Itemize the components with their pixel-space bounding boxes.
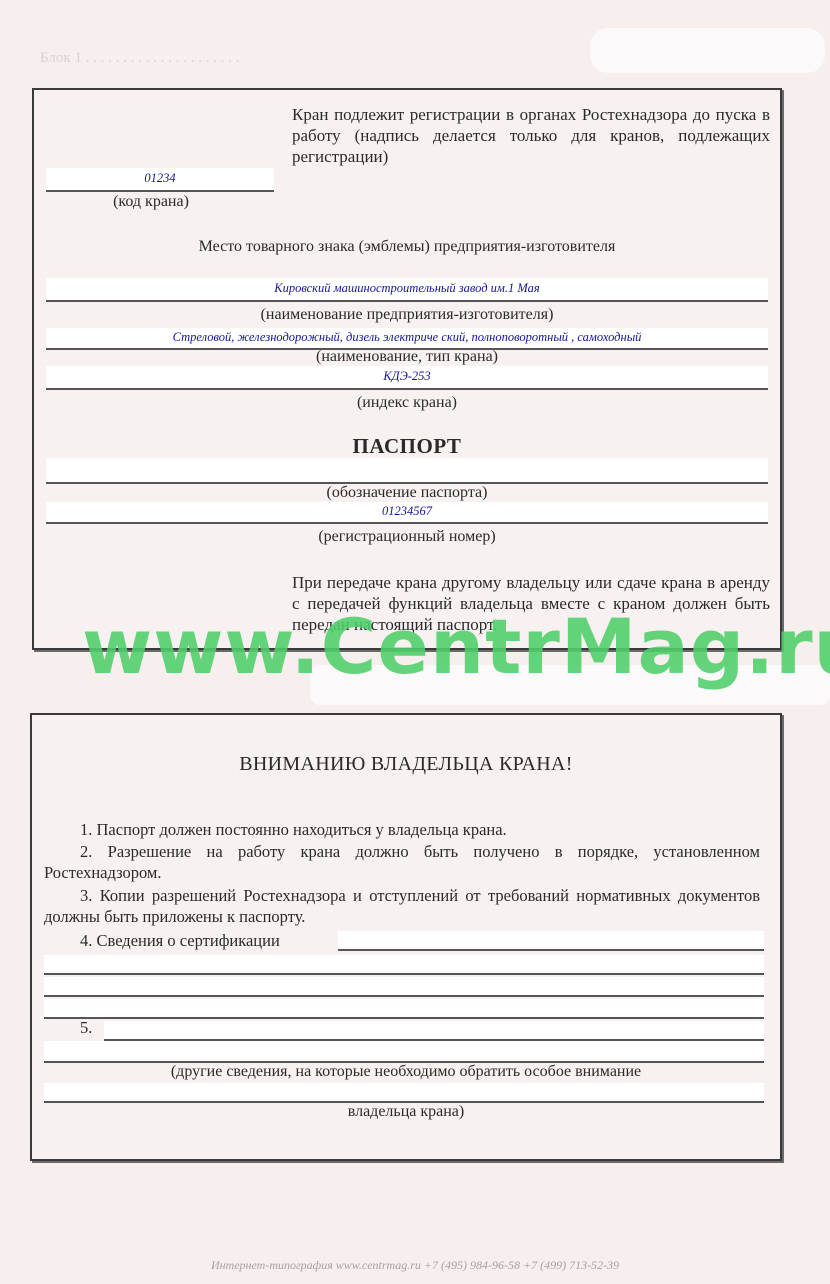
bleed-through-text: Блок 1 . . . . . . . . . . . . . . . . .…	[40, 50, 239, 67]
footer-contacts: Интернет-типография www.centrmag.ru +7 (…	[0, 1258, 830, 1273]
other-info-caption-2: владельца крана)	[32, 1103, 780, 1121]
passport-designation-caption: (обозначение паспорта)	[34, 484, 780, 502]
certification-line-2[interactable]	[44, 955, 764, 975]
trademark-place: Место товарного знака (эмблемы) предприя…	[34, 236, 780, 257]
certification-line-4[interactable]	[44, 999, 764, 1019]
attention-item-5-label: 5.	[80, 1017, 92, 1038]
certification-field[interactable]	[338, 931, 764, 951]
crane-index-value: КДЭ-253	[46, 369, 768, 384]
passport-title: ПАСПОРТ	[34, 434, 780, 459]
crane-index-caption: (индекс крана)	[34, 394, 780, 412]
blank-patch	[590, 28, 825, 73]
registration-number-value: 01234567	[46, 504, 768, 519]
manufacturer-value: Кировский машиностроительный завод им.1 …	[46, 281, 768, 296]
registration-number-field[interactable]: 01234567	[46, 502, 768, 524]
crane-code-value: 01234	[46, 171, 274, 186]
registration-note: Кран подлежит регистрации в органах Рост…	[292, 104, 770, 167]
owner-attention-frame: ВНИМАНИЮ ВЛАДЕЛЬЦА КРАНА! 1. Паспорт дол…	[30, 713, 782, 1161]
watermark: www.CentrMag.ru	[82, 602, 830, 691]
other-info-field[interactable]	[104, 1021, 764, 1041]
other-info-line-2[interactable]	[44, 1041, 764, 1063]
crane-code-field[interactable]: 01234	[46, 168, 274, 192]
attention-item-3: 3. Копии разрешений Ростехнадзора и отст…	[44, 885, 760, 927]
attention-title: ВНИМАНИЮ ВЛАДЕЛЬЦА КРАНА!	[32, 753, 780, 776]
manufacturer-caption: (наименование предприятия-изготовителя)	[34, 306, 780, 324]
other-info-line-3[interactable]	[44, 1083, 764, 1103]
attention-item-4-label: 4. Сведения о сертификации	[80, 930, 280, 951]
crane-type-field[interactable]: Стреловой, железнодорожный, дизель элект…	[46, 328, 768, 350]
crane-code-caption: (код крана)	[46, 193, 256, 211]
certification-line-3[interactable]	[44, 977, 764, 997]
passport-title-frame: Кран подлежит регистрации в органах Рост…	[32, 88, 782, 650]
attention-item-1: 1. Паспорт должен постоянно находиться у…	[80, 819, 760, 840]
crane-type-caption: (наименование, тип крана)	[34, 348, 780, 366]
passport-designation-field[interactable]	[46, 458, 768, 484]
crane-type-value: Стреловой, железнодорожный, дизель элект…	[46, 330, 768, 345]
attention-item-2: 2. Разрешение на работу крана должно быт…	[44, 841, 760, 883]
other-info-caption-1: (другие сведения, на которые необходимо …	[32, 1063, 780, 1081]
registration-number-caption: (регистрационный номер)	[34, 528, 780, 546]
crane-index-field[interactable]: КДЭ-253	[46, 366, 768, 390]
manufacturer-field[interactable]: Кировский машиностроительный завод им.1 …	[46, 278, 768, 302]
